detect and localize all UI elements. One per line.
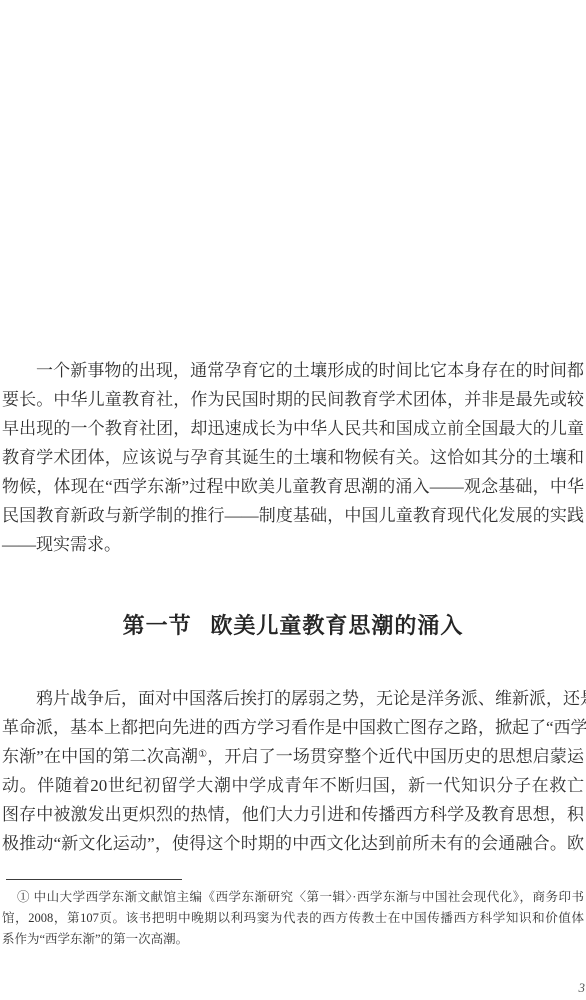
text-line: 鸦片战争后，面对中国落后挨打的孱弱之势，无论是洋务派、维新派，还是 [2, 684, 584, 713]
text-line: 民国教育新政与新学制的推行——制度基础，中国儿童教育现代化发展的实践 [2, 501, 584, 530]
text-line: 教育学术团体，应该说与孕育其诞生的土壤和物候有关。这恰如其分的土壤和 [2, 443, 584, 472]
footnote-line: 系作为“西学东渐”的第一次高潮。 [2, 929, 584, 950]
book-page: 一个新事物的出现，通常孕育它的土壤形成的时间比它本身存在的时间都 要长。中华儿童… [0, 0, 586, 1000]
page-number: 3 [579, 980, 586, 996]
text-line: 物候，体现在“西学东渐”过程中欧美儿童教育思潮的涌入——观念基础，中华 [2, 472, 584, 501]
text-line: 图存中被激发出更炽烈的热情，他们大力引进和传播西方科学及教育思想，积 [2, 800, 584, 829]
text-line: 早出现的一个教育社团，却迅速成长为中华人民共和国成立前全国最大的儿童 [2, 414, 584, 443]
text-line: 一个新事物的出现，通常孕育它的土壤形成的时间比它本身存在的时间都 [2, 356, 584, 385]
text-line: 革命派，基本上都把向先进的西方学习看作是中国救亡图存之路，掀起了“西学 [2, 713, 584, 742]
footnote-ref-marker: ① [198, 749, 207, 760]
section-title: 欧美儿童教育思潮的涌入 [210, 613, 463, 638]
footnote-separator-rule [6, 879, 182, 880]
text-line: 动。伴随着20世纪初留学大潮中学成青年不断归国，新一代知识分子在救亡 [2, 771, 584, 800]
section-heading: 第一节欧美儿童教育思潮的涌入 [2, 609, 584, 643]
text-line: 极推动“新文化运动”，使得这个时期的中西文化达到前所未有的会通融合。欧 [2, 829, 584, 858]
text-line: ——现实需求。 [2, 530, 584, 559]
paragraph-1: 一个新事物的出现，通常孕育它的土壤形成的时间比它本身存在的时间都 要长。中华儿童… [2, 356, 584, 559]
text-line: 要长。中华儿童教育社，作为民国时期的民间教育学术团体，并非是最先或较 [2, 385, 584, 414]
text-line: 东渐”在中国的第二次高潮①，开启了一场贯穿整个近代中国历史的思想启蒙运 [2, 742, 584, 771]
footnote-line: 馆，2008，第107页。该书把明中晚期以利玛窦为代表的西方传教士在中国传播西方… [2, 908, 584, 929]
footnote: ① 中山大学西学东渐文献馆主编《西学东渐研究〈第一辑〉·西学东渐与中国社会现代化… [2, 887, 584, 950]
text-segment: ，开启了一场贯穿整个近代中国历史的思想启蒙运 [207, 747, 584, 766]
paragraph-2: 鸦片战争后，面对中国落后挨打的孱弱之势，无论是洋务派、维新派，还是 革命派，基本… [2, 684, 584, 858]
footnote-line: ① 中山大学西学东渐文献馆主编《西学东渐研究〈第一辑〉·西学东渐与中国社会现代化… [2, 887, 584, 908]
text-segment: 东渐”在中国的第二次高潮 [2, 747, 198, 766]
section-number: 第一节 [123, 613, 192, 638]
